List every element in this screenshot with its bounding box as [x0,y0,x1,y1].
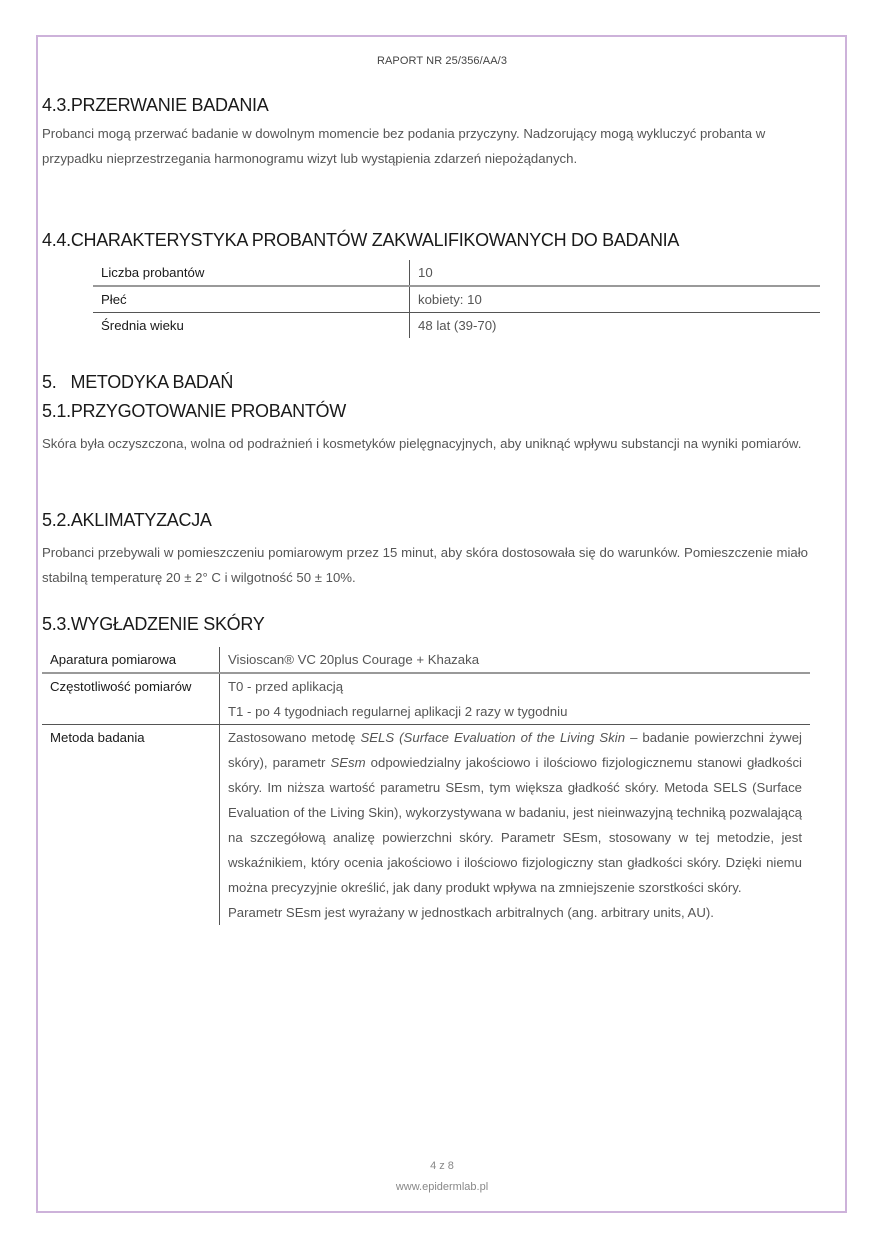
section-4-3-text: Probanci mogą przerwać badanie w dowolny… [42,121,808,171]
table-row: Aparatura pomiarowa Visioscan® VC 20plus… [42,647,810,673]
row-value: kobiety: 10 [410,286,821,313]
table-row: Średnia wieku 48 lat (39-70) [93,313,820,339]
row-label: Średnia wieku [93,313,410,339]
table-row: Liczba probantów 10 [93,260,820,286]
frequency-label: Częstotliwość pomiarów [42,673,220,725]
page-number: 4 z 8 [0,1160,884,1172]
section-5-title: 5. METODYKA BADAŃ [42,372,233,393]
report-number: RAPORT NR 25/356/AA/3 [0,55,884,67]
method-label: Metoda badania [42,725,220,926]
skin-smoothing-table: Aparatura pomiarowa Visioscan® VC 20plus… [42,647,810,925]
section-4-4-title: 4.4.CHARAKTERYSTYKA PROBANTÓW ZAKWALIFIK… [42,230,679,251]
apparatus-value: Visioscan® VC 20plus Courage + Khazaka [220,647,811,673]
method-paragraph-1: Zastosowano metodę SELS (Surface Evaluat… [228,725,802,900]
frequency-value: T0 - przed aplikacją T1 - po 4 tygodniac… [220,673,811,725]
row-value: 10 [410,260,821,286]
method-text: odpowiedzialny jakościowo i ilościowo fi… [228,755,802,895]
section-5-1-text: Skóra była oczyszczona, wolna od podrażn… [42,431,808,456]
parameter-name-italic: SEsm [330,755,365,770]
method-name-italic: SELS (Surface Evaluation of the Living S… [360,730,625,745]
table-row: Częstotliwość pomiarów T0 - przed aplika… [42,673,810,725]
section-5-2-text: Probanci przebywali w pomieszczeniu pomi… [42,540,808,590]
apparatus-label: Aparatura pomiarowa [42,647,220,673]
row-value: 48 lat (39-70) [410,313,821,339]
row-label: Płeć [93,286,410,313]
method-value: Zastosowano metodę SELS (Surface Evaluat… [220,725,811,926]
frequency-t1: T1 - po 4 tygodniach regularnej aplikacj… [228,699,802,724]
row-label: Liczba probantów [93,260,410,286]
method-paragraph-2: Parametr SEsm jest wyrażany w jednostkac… [228,900,802,925]
section-5-3-title: 5.3.WYGŁADZENIE SKÓRY [42,614,264,635]
section-5-1-title: 5.1.PRZYGOTOWANIE PROBANTÓW [42,401,346,422]
section-4-3-title: 4.3.PRZERWANIE BADANIA [42,95,268,116]
participants-table: Liczba probantów 10 Płeć kobiety: 10 Śre… [93,260,820,338]
frequency-t0: T0 - przed aplikacją [228,674,802,699]
method-text: Zastosowano metodę [228,730,360,745]
website-link[interactable]: www.epidermlab.pl [0,1181,884,1193]
table-row: Metoda badania Zastosowano metodę SELS (… [42,725,810,926]
table-row: Płeć kobiety: 10 [93,286,820,313]
section-5-2-title: 5.2.AKLIMATYZACJA [42,510,212,531]
